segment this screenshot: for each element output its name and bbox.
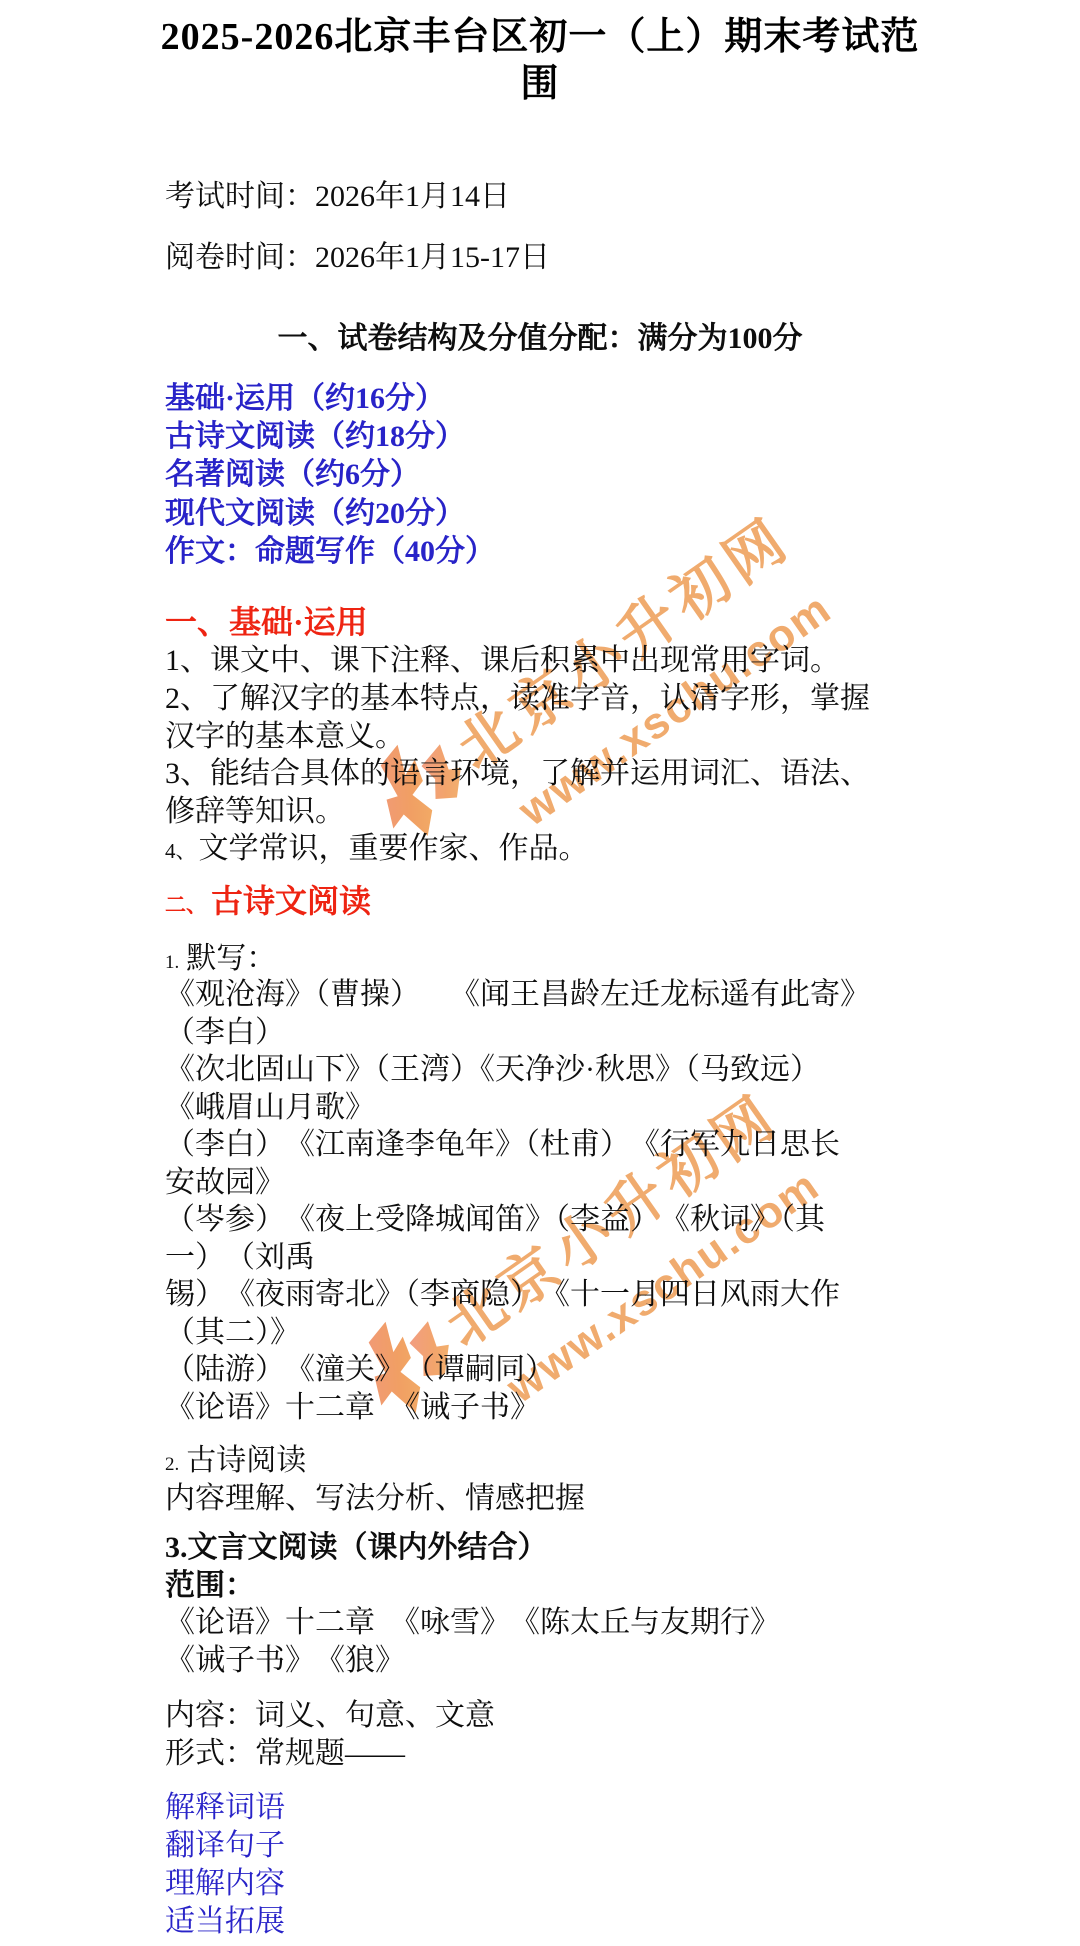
poem-line: （李白） 《江南逢李龟年》（杜甫） 《行军九日思长 (165, 1127, 840, 1163)
basics-line-number: 4、 (165, 839, 197, 863)
basics-line: 1、课文中、课下注释、课后积累中出现常用字词。 (165, 643, 840, 679)
classical-task-link: 解释词语 (165, 1790, 285, 1826)
structure-item: 名著阅读（约6分） (165, 457, 420, 493)
poem-line: 《论语》十二章 《诫子书》 (165, 1390, 540, 1426)
structure-item: 现代文阅读（约20分） (165, 496, 465, 532)
classical-scope-line: 《论语》十二章 《咏雪》 《陈太丘与友期行》 (165, 1605, 780, 1641)
dictation-label: 1.默写： (165, 941, 276, 981)
classical-task-link: 理解内容 (165, 1866, 285, 1902)
poem-line: （岑参） 《夜上受降城闻笛》（李益） 《秋词》（其 (165, 1202, 825, 1238)
exam-time: 考试时间：2026年1月14日 (165, 179, 510, 215)
page-title-line1: 2025-2026北京丰台区初一（上）期末考试范 (0, 14, 1080, 61)
structure-heading: 一、试卷结构及分值分配：满分为100分 (0, 321, 1080, 357)
structure-item: 基础·运用（约16分） (165, 381, 445, 417)
page-title: 2025-2026北京丰台区初一（上）期末考试范 围 (0, 14, 1080, 108)
classical-format-line: 形式：常规题—— (165, 1736, 405, 1772)
poem-reading-label: 2.古诗阅读 (165, 1443, 306, 1483)
classical-content-line: 内容：词义、句意、文意 (165, 1698, 495, 1734)
basics-line: 3、能结合具体的语言环境，了解并运用词汇、语法、 (165, 756, 870, 792)
dictation-text: 默写： (186, 942, 276, 975)
document-page: 北京小升初网 www.xschu.com 北京小升初网 www.xschu.co… (0, 0, 1080, 1946)
basics-line-text: 文学常识，重要作家、作品。 (199, 832, 589, 865)
poem-line: （李白） (165, 1015, 285, 1051)
classical-task-link: 翻译句子 (165, 1828, 285, 1864)
poem-line: 安故园》 (165, 1165, 285, 1201)
poem-line: 锡） 《夜雨寄北》（李商隐） 《十一月四日风雨大作 (165, 1277, 840, 1313)
poem-line: 《次北固山下》（王湾）《天净沙·秋思》（马致远） (165, 1052, 820, 1088)
classical-heading: 3.文言文阅读（课内外结合） (165, 1530, 548, 1566)
basics-line: 4、文学常识，重要作家、作品。 (165, 831, 589, 869)
poem-reading-number: 2. (165, 1454, 179, 1475)
page-title-line2: 围 (0, 61, 1080, 108)
poem-line: 《峨眉山月歌》 (165, 1090, 375, 1126)
poetry-heading-text: 古诗文阅读 (211, 883, 371, 919)
poem-reading-scope: 内容理解、写法分析、情感把握 (165, 1481, 585, 1517)
grading-time: 阅卷时间：2026年1月15-17日 (165, 240, 550, 276)
poem-line: 《观沧海》（曹操） 《闻王昌龄左迁龙标遥有此寄》 (165, 977, 870, 1013)
poem-line: （其二）》 (165, 1315, 300, 1351)
poetry-heading: 二、古诗文阅读 (165, 883, 371, 923)
structure-item: 古诗文阅读（约18分） (165, 419, 465, 455)
basics-heading: 一、基础·运用 (165, 604, 368, 640)
poem-line: 一） （刘禹 (165, 1240, 315, 1276)
basics-line: 汉字的基本意义。 (165, 719, 405, 755)
basics-line: 2、了解汉字的基本特点，读准字音，认清字形，掌握 (165, 681, 870, 717)
dictation-number: 1. (165, 952, 179, 973)
classical-scope-label: 范围： (165, 1568, 255, 1604)
basics-line: 修辞等知识。 (165, 794, 345, 830)
classical-scope-line: 《诫子书》 《狼》 (165, 1643, 405, 1679)
poem-reading-text: 古诗阅读 (186, 1444, 306, 1477)
classical-task-link: 适当拓展 (165, 1904, 285, 1940)
poem-line: （陆游） 《潼关》 （谭嗣同） (165, 1352, 555, 1388)
structure-item: 作文：命题写作（40分） (165, 534, 495, 570)
poetry-heading-number: 二、 (165, 893, 207, 917)
